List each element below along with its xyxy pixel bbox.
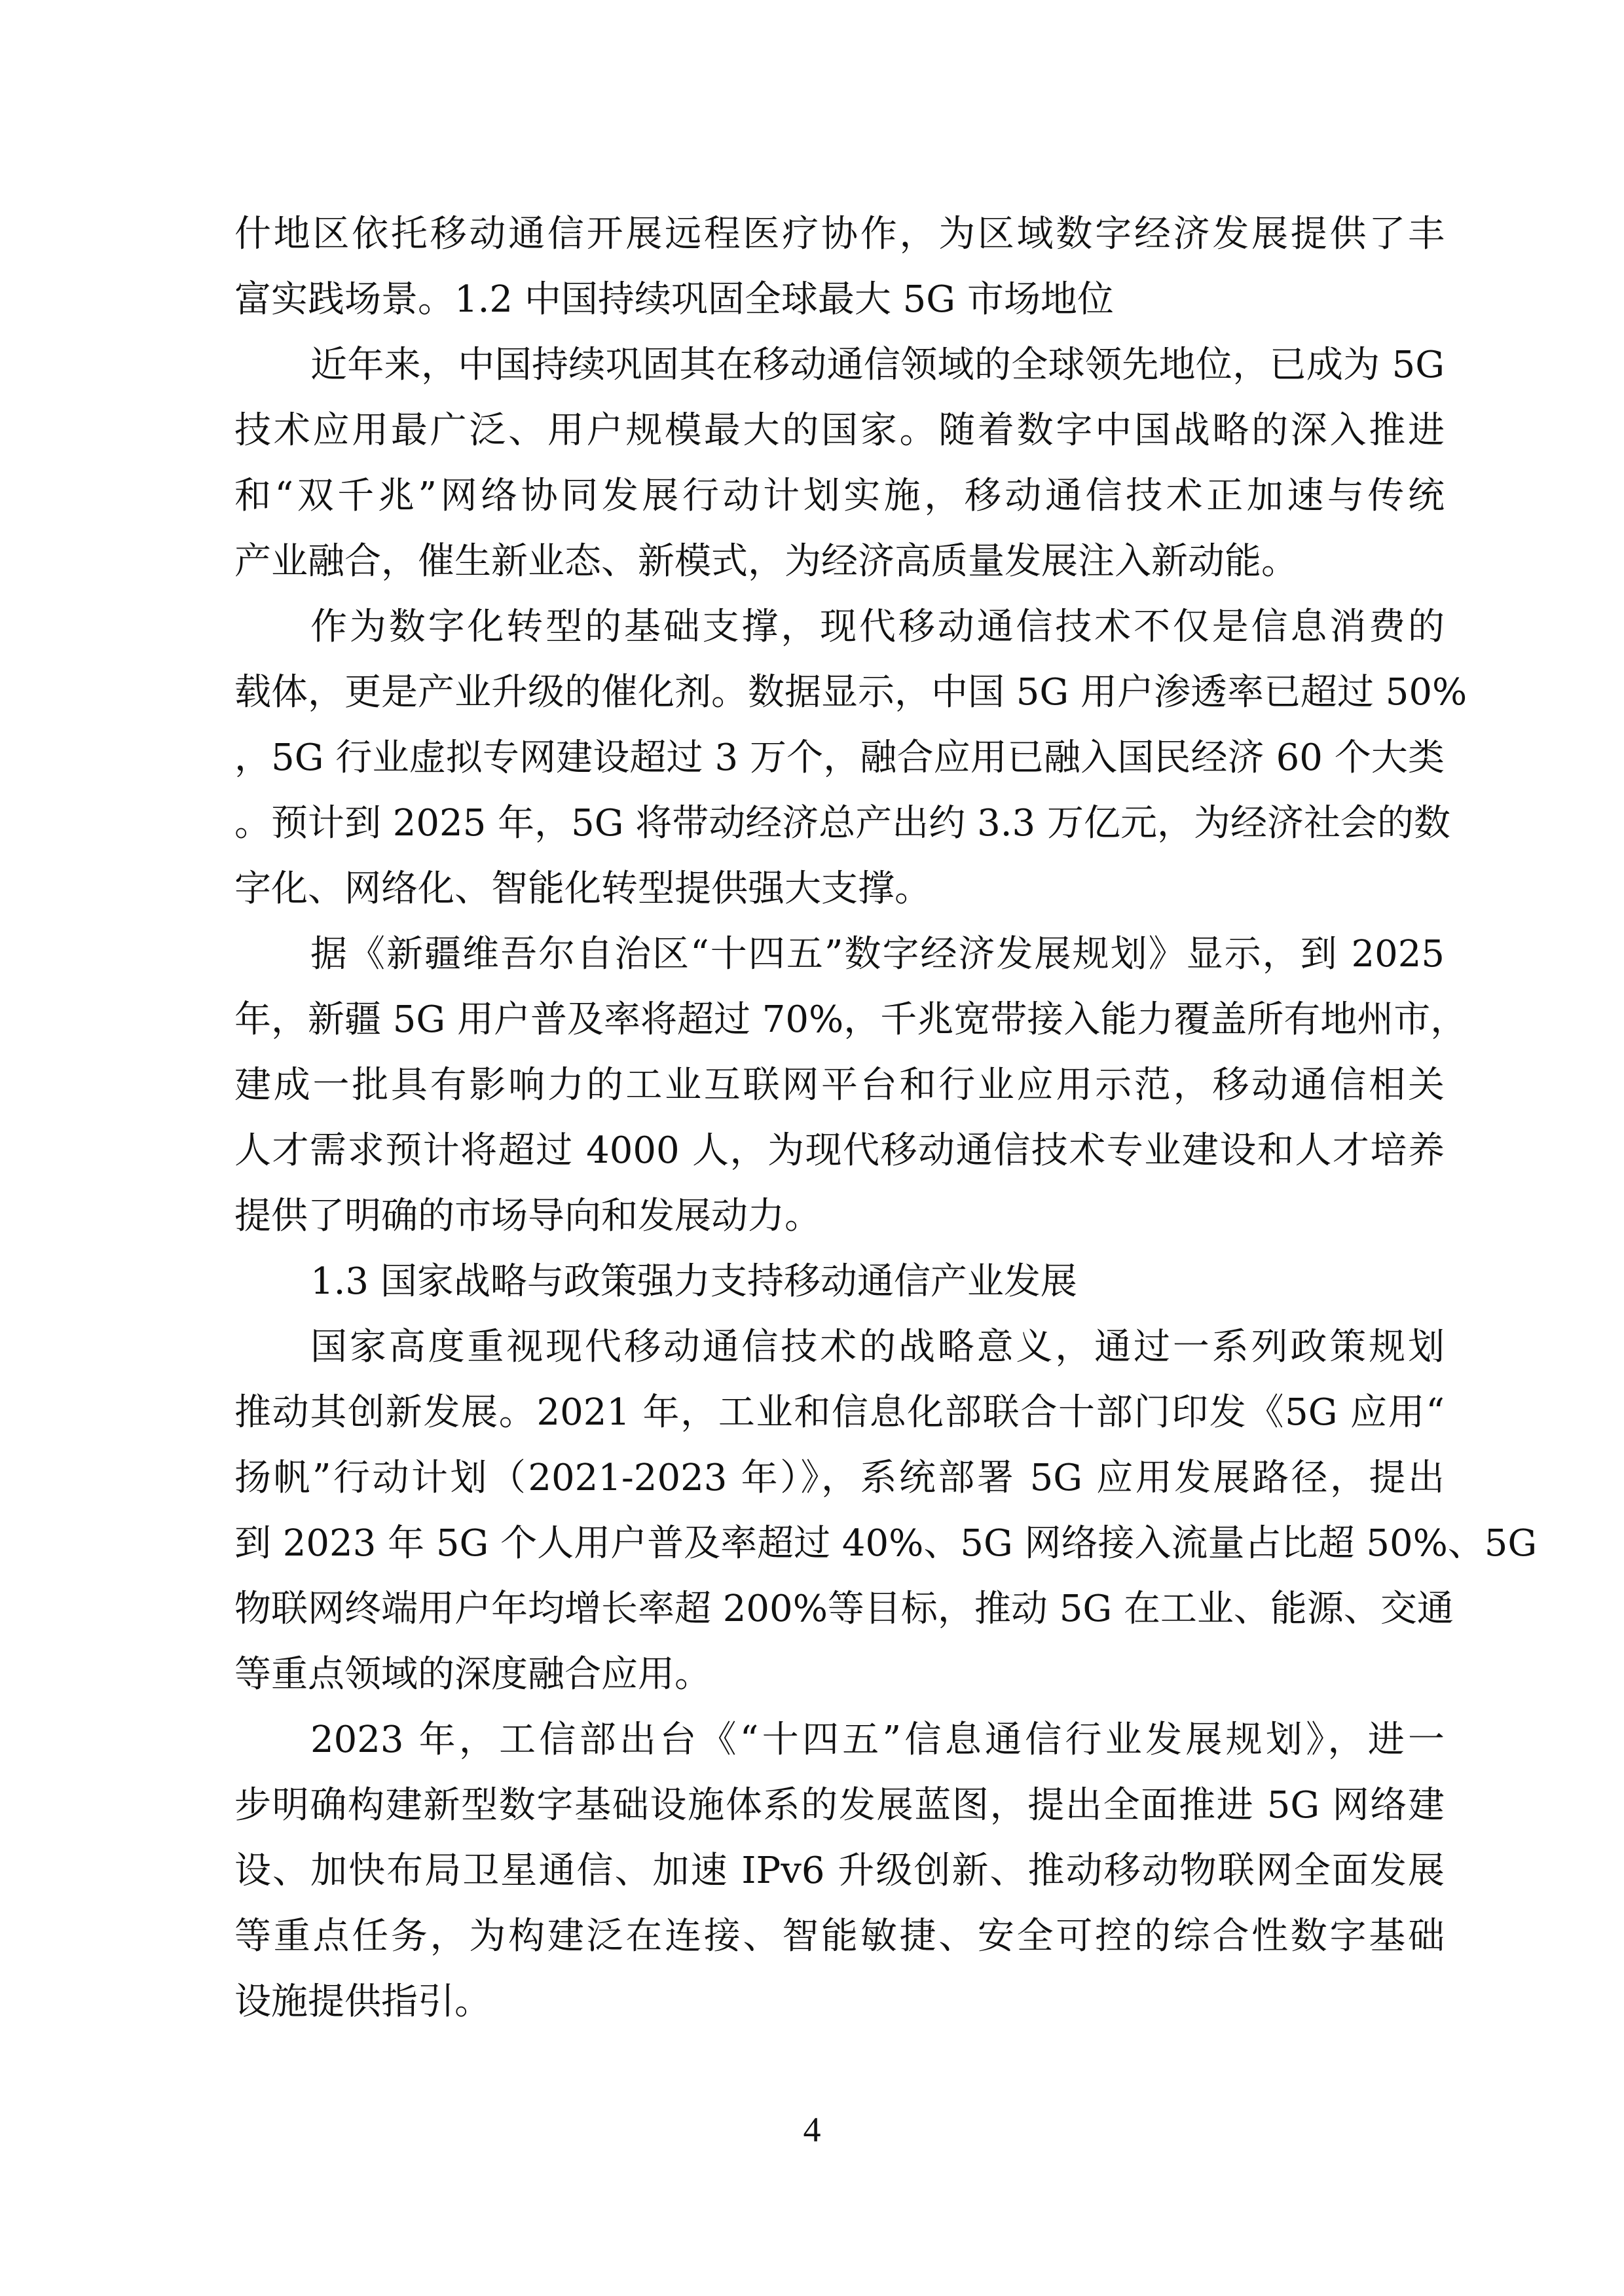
page-number: 4: [0, 2107, 1624, 2153]
text-line: 建成一批具有影响力的工业互联网平台和行业应用示范，移动通信相关: [234, 1053, 1445, 1118]
document-body: 什地区依托移动通信开展远程医疗协作，为区域数字经济发展提供了丰 富实践场景。1.…: [234, 202, 1445, 2035]
paragraph-first-line: 近年来，中国持续巩固其在移动通信领域的全球领先地位，已成为 5G: [234, 333, 1445, 398]
text-line: 物联网终端用户年均增长率超 200%等目标，推动 5G 在工业、能源、交通: [234, 1576, 1445, 1642]
text-line: 载体，更是产业升级的催化剂。数据显示，中国 5G 用户渗透率已超过 50%: [234, 660, 1445, 725]
text-line: 。预计到 2025 年，5G 将带动经济总产出约 3.3 万亿元，为经济社会的数: [234, 791, 1445, 856]
text-line: 人才需求预计将超过 4000 人，为现代移动通信技术专业建设和人才培养: [234, 1118, 1445, 1184]
text-line: 字化、网络化、智能化转型提供强大支撑。: [234, 856, 1445, 922]
text-line: 和“双千兆”网络协同发展行动计划实施，移动通信技术正加速与传统: [234, 464, 1445, 529]
text-line: 步明确构建新型数字基础设施体系的发展蓝图，提出全面推进 5G 网络建: [234, 1773, 1445, 1838]
text-line: 设施提供指引。: [234, 1969, 1445, 2035]
text-line: 产业融合，催生新业态、新模式，为经济高质量发展注入新动能。: [234, 529, 1445, 594]
text-line: 提供了明确的市场导向和发展动力。: [234, 1184, 1445, 1249]
paragraph-first-line: 据《新疆维吾尔自治区“十四五”数字经济发展规划》显示，到 2025: [234, 922, 1445, 987]
text-line: 技术应用最广泛、用户规模最大的国家。随着数字中国战略的深入推进: [234, 398, 1445, 464]
text-line: 推动其创新发展。2021 年，工业和信息化部联合十部门印发《5G 应用“: [234, 1380, 1445, 1446]
text-line: ，5G 行业虚拟专网建设超过 3 万个，融合应用已融入国民经济 60 个大类: [234, 725, 1445, 791]
text-line: 什地区依托移动通信开展远程医疗协作，为区域数字经济发展提供了丰: [234, 202, 1445, 267]
text-line: 等重点领域的深度融合应用。: [234, 1642, 1445, 1707]
paragraph-first-line: 作为数字化转型的基础支撑，现代移动通信技术不仅是信息消费的: [234, 594, 1445, 660]
paragraph-first-line: 国家高度重视现代移动通信技术的战略意义，通过一系列政策规划: [234, 1315, 1445, 1380]
text-line: 设、加快布局卫星通信、加速 IPv6 升级创新、推动移动物联网全面发展: [234, 1838, 1445, 1904]
text-line: 等重点任务，为构建泛在连接、智能敏捷、安全可控的综合性数字基础: [234, 1904, 1445, 1969]
text-line: 富实践场景。1.2 中国持续巩固全球最大 5G 市场地位: [234, 267, 1445, 333]
text-line: 年，新疆 5G 用户普及率将超过 70%，千兆宽带接入能力覆盖所有地州市，: [234, 987, 1445, 1053]
document-page: 什地区依托移动通信开展远程医疗协作，为区域数字经济发展提供了丰 富实践场景。1.…: [0, 0, 1624, 2296]
paragraph-first-line: 2023 年，工信部出台《“十四五”信息通信行业发展规划》，进一: [234, 1707, 1445, 1773]
text-line: 到 2023 年 5G 个人用户普及率超过 40%、5G 网络接入流量占比超 5…: [234, 1511, 1445, 1576]
section-heading: 1.3 国家战略与政策强力支持移动通信产业发展: [234, 1249, 1445, 1315]
text-line: 扬帆”行动计划（2021-2023 年）》，系统部署 5G 应用发展路径，提出: [234, 1446, 1445, 1511]
